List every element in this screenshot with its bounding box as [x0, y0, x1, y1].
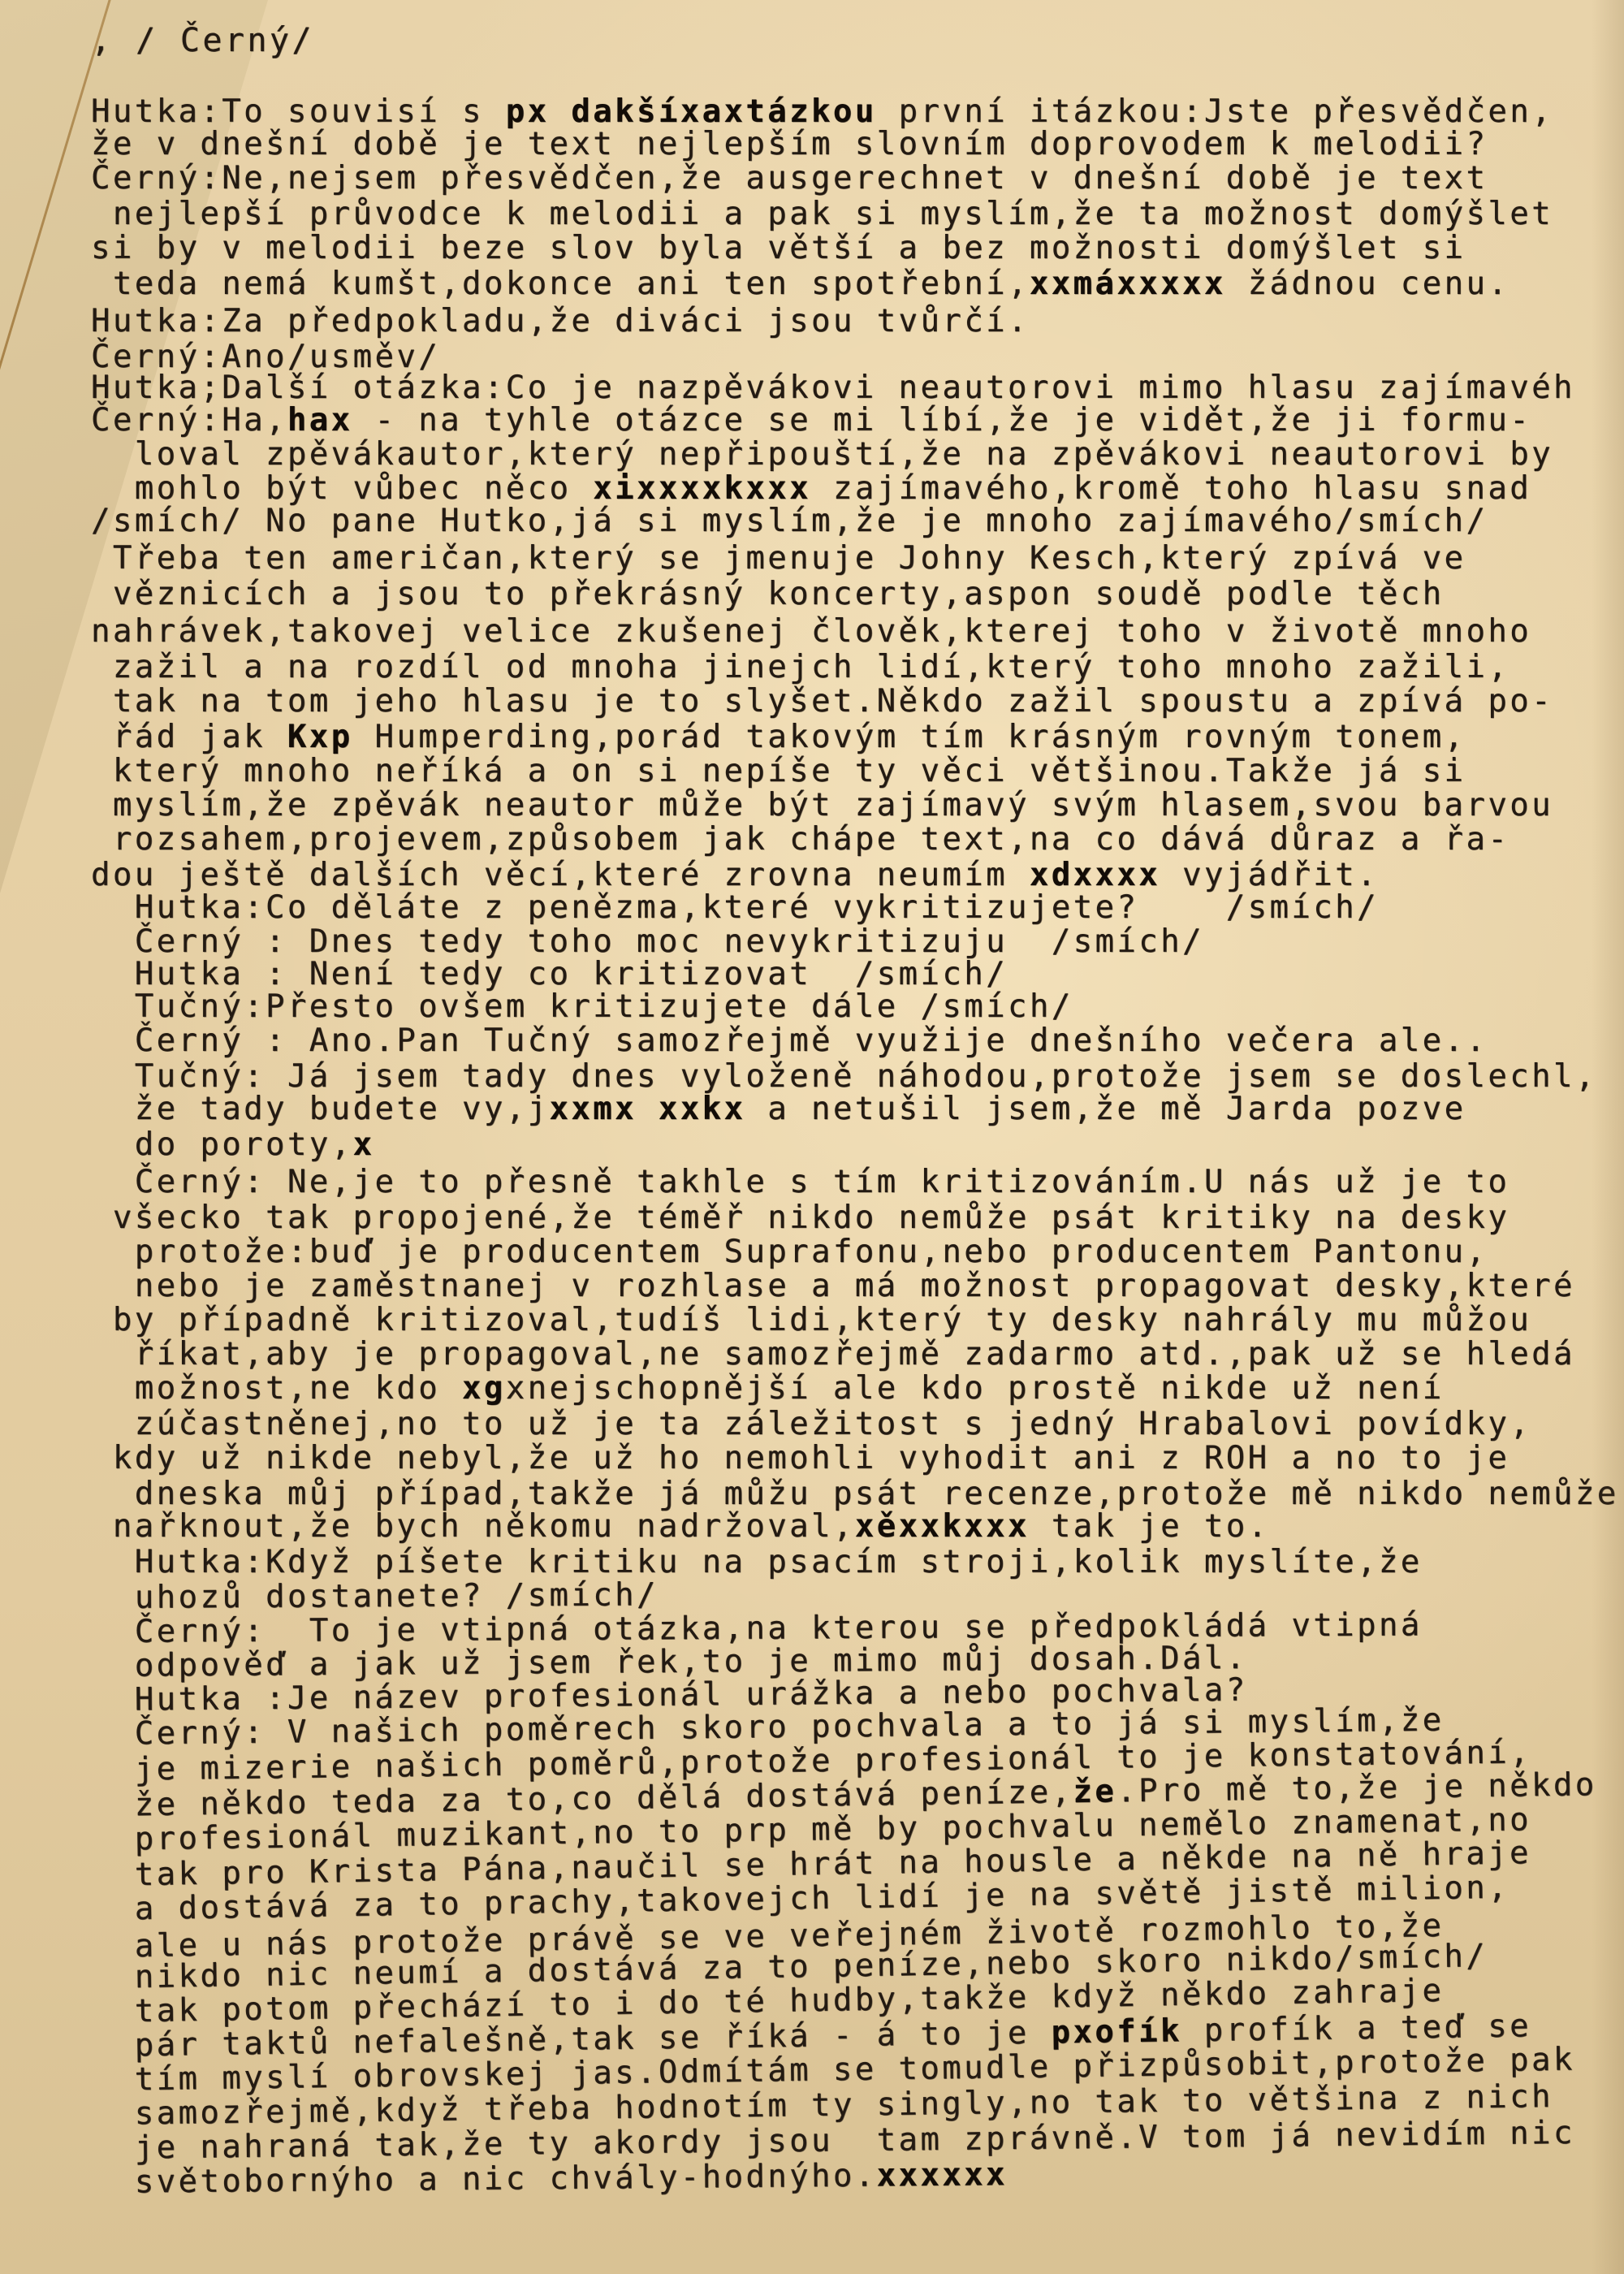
transcript-line: Černý : Ano.Pan Tučný samozřejmě využije…	[91, 1025, 1488, 1057]
line-text: Hutka:Když píšete kritiku na psacím stro…	[91, 1544, 1423, 1580]
line-text: dneska můj případ,takže já můžu psát rec…	[91, 1476, 1619, 1512]
line-text: Černý:Ha,	[91, 402, 287, 439]
line-text: Hutka:Co děláte z penězma,které vykritiz…	[91, 889, 1379, 926]
struck-out-text: xg	[462, 1370, 506, 1407]
transcript-line: zúčastněnej,no to už je ta záležitost s …	[91, 1408, 1531, 1440]
line-text: Černý: Ne,je to přesně takhle s tím krit…	[91, 1164, 1510, 1200]
line-text: zažil a na rozdíl od mnoha jinejch lidí,…	[91, 649, 1510, 685]
transcript-line: do poroty,x	[91, 1129, 374, 1161]
line-text: Hutka;Další otázka:Co je nazpěvákovi nea…	[91, 370, 1575, 406]
line-text-continued: xnejschopnější ale kdo prostě nikde už n…	[506, 1370, 1445, 1407]
transcript-line: Tučný:Přesto ovšem kritizujete dále /smí…	[91, 991, 1073, 1022]
line-text: uhozů dostanete? /smích/	[91, 1576, 659, 1616]
transcript-line: všecko tak propojené,že téměř nikdo nemů…	[91, 1202, 1510, 1234]
struck-out-text: xxxxxx	[876, 2156, 1008, 2194]
line-text: si by v melodii beze slov byla větší a b…	[91, 230, 1466, 266]
transcript-line: Hutka:Když píšete kritiku na psacím stro…	[91, 1546, 1423, 1578]
transcript-line: Hutka;Další otázka:Co je nazpěvákovi nea…	[91, 372, 1575, 404]
struck-out-text: xxmáxxxxx	[1030, 266, 1226, 302]
transcript-line: Černý:Ha,hax - na tyhle otázce se mi líb…	[91, 404, 1531, 436]
transcript-line: nařknout,že bych někomu nadržoval,xěxxkx…	[91, 1511, 1270, 1542]
line-text: nebo je zaměstnanej v rozhlase a má možn…	[91, 1268, 1575, 1304]
line-text: Hutka:To souvisí s	[91, 93, 506, 130]
line-text: Hutka : Není tedy co kritizovat /smích/	[91, 956, 1008, 992]
line-text: Třeba ten američan,který se jmenuje John…	[91, 540, 1466, 577]
transcript-line: dou ještě dalších věcí,které zrovna neum…	[91, 859, 1379, 891]
transcript-line: dneska můj případ,takže já můžu psát rec…	[91, 1478, 1619, 1510]
line-text: že v dnešní době je text nejlepším slovn…	[91, 126, 1488, 162]
transcript-line: Tučný: Já jsem tady dnes vyloženě náhodo…	[91, 1061, 1597, 1092]
line-text-continued: vyjádřit.	[1160, 857, 1379, 893]
typewritten-page: , / Černý/ Hutka:To souvisí s px dakšíxa…	[0, 0, 1624, 2274]
line-text: /smích/ No pane Hutko,já si myslím,že je…	[91, 503, 1488, 539]
transcript-line: teda nemá kumšt,dokonce ani ten spotřebn…	[91, 268, 1510, 300]
struck-out-text: xdxxxx	[1030, 857, 1160, 893]
struck-out-text: px dakšíxaxtázkou	[506, 93, 877, 130]
line-text: Černý:Ne,nejsem přesvědčen,že ausgerechn…	[91, 160, 1488, 197]
line-text: řád jak	[91, 719, 287, 755]
struck-out-text: Kxp	[287, 719, 353, 755]
transcript-line: který mnoho neříká a on si nepíše ty věc…	[91, 755, 1466, 787]
struck-out-text: pxofík	[1051, 2012, 1182, 2051]
transcript-line: by případně kritizoval,tudíš lidi,který …	[91, 1304, 1531, 1336]
transcript-line: mohlo být vůbec něco xixxxxkxxx zajímavé…	[91, 473, 1531, 504]
transcript-line: Černý: Ne,je to přesně takhle s tím krit…	[91, 1166, 1510, 1198]
line-text: rozsahem,projevem,způsobem jak chápe tex…	[91, 821, 1510, 858]
transcript-line: rozsahem,projevem,způsobem jak chápe tex…	[91, 824, 1510, 855]
transcript-line: uhozů dostanete? /smích/	[91, 1579, 659, 1614]
line-text: všecko tak propojené,že téměř nikdo nemů…	[91, 1200, 1510, 1236]
transcript-line: Hutka:To souvisí s px dakšíxaxtázkou prv…	[91, 96, 1553, 128]
line-text: možnost,ne kdo	[91, 1370, 462, 1407]
transcript-line: myslím,že zpěvák neautor může být zajíma…	[91, 789, 1553, 821]
line-text: myslím,že zpěvák neautor může být zajíma…	[91, 787, 1553, 824]
struck-out-text: x	[353, 1126, 375, 1163]
line-text: tak na tom jeho hlasu je to slyšet.Někdo…	[91, 683, 1553, 720]
line-text: Tučný:Přesto ovšem kritizujete dále /smí…	[91, 988, 1073, 1025]
struck-out-text: že	[1073, 1773, 1116, 1810]
line-text-continued: zajímavého,kromě toho hlasu snad	[811, 470, 1531, 507]
line-text: věznicích a jsou to překrásný koncerty,a…	[91, 576, 1445, 612]
line-text: Tučný: Já jsem tady dnes vyloženě náhodo…	[91, 1058, 1597, 1095]
transcript-line: zažil a na rozdíl od mnoha jinejch lidí,…	[91, 651, 1510, 683]
line-text-continued: tak je to.	[1030, 1508, 1270, 1545]
transcript-line: možnost,ne kdo xgxnejschopnější ale kdo …	[91, 1373, 1445, 1404]
line-text: loval zpěvákautor,který nepřipouští,že n…	[91, 436, 1553, 473]
line-text: Hutka:Za předpokladu,že diváci jsou tvůr…	[91, 303, 1030, 339]
line-text: nejlepší průvodce k melodii a pak si mys…	[91, 196, 1553, 232]
struck-out-text: xixxxxkxxx	[593, 470, 811, 507]
line-text: Černý : Ano.Pan Tučný samozřejmě využije…	[91, 1022, 1488, 1059]
transcript-line: Černý:Ne,nejsem přesvědčen,že ausgerechn…	[91, 162, 1488, 194]
struck-out-text: hax	[287, 402, 353, 439]
transcript-line: nahrávek,takovej velice zkušenej člověk,…	[91, 616, 1531, 647]
transcript-line: /smích/ No pane Hutko,já si myslím,že je…	[91, 505, 1488, 537]
transcript-line: loval zpěvákautor,který nepřipouští,že n…	[91, 439, 1553, 470]
line-text: do poroty,	[91, 1126, 353, 1163]
struck-out-text: xxmx xxkx	[549, 1091, 745, 1127]
transcript-line: Hutka:Za předpokladu,že diváci jsou tvůr…	[91, 305, 1030, 337]
line-text: by případně kritizoval,tudíš lidi,který …	[91, 1302, 1531, 1338]
transcript-line: protože:buď je producentem Suprafonu,neb…	[91, 1236, 1488, 1268]
line-text: dou ještě dalších věcí,které zrovna neum…	[91, 857, 1030, 893]
transcript-line: řád jak Kxp Humperding,porád takovým tím…	[91, 721, 1466, 753]
transcript-line: Třeba ten američan,který se jmenuje John…	[91, 543, 1466, 574]
transcript-line: Hutka : Není tedy co kritizovat /smích/	[91, 958, 1008, 990]
line-text: protože:buď je producentem Suprafonu,neb…	[91, 1234, 1488, 1270]
transcript-line: kdy už nikde nebyl,že už ho nemohli vyho…	[91, 1442, 1510, 1474]
transcript-line: věznicích a jsou to překrásný koncerty,a…	[91, 578, 1445, 610]
line-text-continued: a netušil jsem,že mě Jarda pozve	[745, 1091, 1466, 1127]
heading-text: / Černý/	[136, 22, 314, 59]
line-text: zúčastněnej,no to už je ta záležitost s …	[91, 1406, 1531, 1442]
line-text: mohlo být vůbec něco	[91, 470, 593, 507]
line-text: že tady budete vy,j	[91, 1091, 549, 1127]
transcript-line: říkat,aby je propagoval,ne samozřejmě za…	[91, 1338, 1575, 1370]
line-text: který mnoho neříká a on si nepíše ty věc…	[91, 753, 1466, 789]
line-text-continued: - na tyhle otázce se mi líbí,že je vidět…	[353, 402, 1532, 439]
transcript-line: Černý:Ano/usměv/	[91, 341, 440, 373]
heading-prefix: ,	[91, 22, 113, 59]
transcript-line: že v dnešní době je text nejlepším slovn…	[91, 128, 1488, 160]
line-text-continued: žádnou cenu.	[1226, 266, 1510, 302]
typewritten-text: , / Černý/ Hutka:To souvisí s px dakšíxa…	[0, 0, 1624, 219]
struck-out-text: xěxxkxxx	[855, 1508, 1030, 1545]
line-text: Černý : Dnes tedy toho moc nevykritizuju…	[91, 923, 1204, 960]
line-text: teda nemá kumšt,dokonce ani ten spotřebn…	[91, 266, 1030, 302]
line-text-continued: první itázkou:Jste přesvědčen,	[877, 93, 1553, 130]
transcript-line: Černý : Dnes tedy toho moc nevykritizuju…	[91, 926, 1204, 958]
transcript-line: Hutka:Co děláte z penězma,které vykritiz…	[91, 892, 1379, 923]
transcript-line: nejlepší průvodce k melodii a pak si mys…	[91, 198, 1553, 230]
line-text: kdy už nikde nebyl,že už ho nemohli vyho…	[91, 1440, 1510, 1476]
line-text: nařknout,že bych někomu nadržoval,	[91, 1508, 855, 1545]
line-text: říkat,aby je propagoval,ne samozřejmě za…	[91, 1336, 1575, 1373]
line-text: nahrávek,takovej velice zkušenej člověk,…	[91, 613, 1531, 650]
transcript-line: nebo je zaměstnanej v rozhlase a má možn…	[91, 1270, 1575, 1302]
transcript-line: že tady budete vy,jxxmx xxkx a netušil j…	[91, 1093, 1466, 1125]
line-text-continued: Humperding,porád takovým tím krásným rov…	[353, 719, 1466, 755]
transcript-line: si by v melodii beze slov byla větší a b…	[91, 232, 1466, 264]
page-heading: , / Černý/	[91, 24, 314, 57]
transcript-line: tak na tom jeho hlasu je to slyšet.Někdo…	[91, 685, 1553, 717]
line-text: světobornýho a nic chvály-hodnýho.	[91, 2158, 877, 2201]
transcript-line: světobornýho a nic chvály-hodnýho.xxxxxx	[91, 2159, 1008, 2198]
